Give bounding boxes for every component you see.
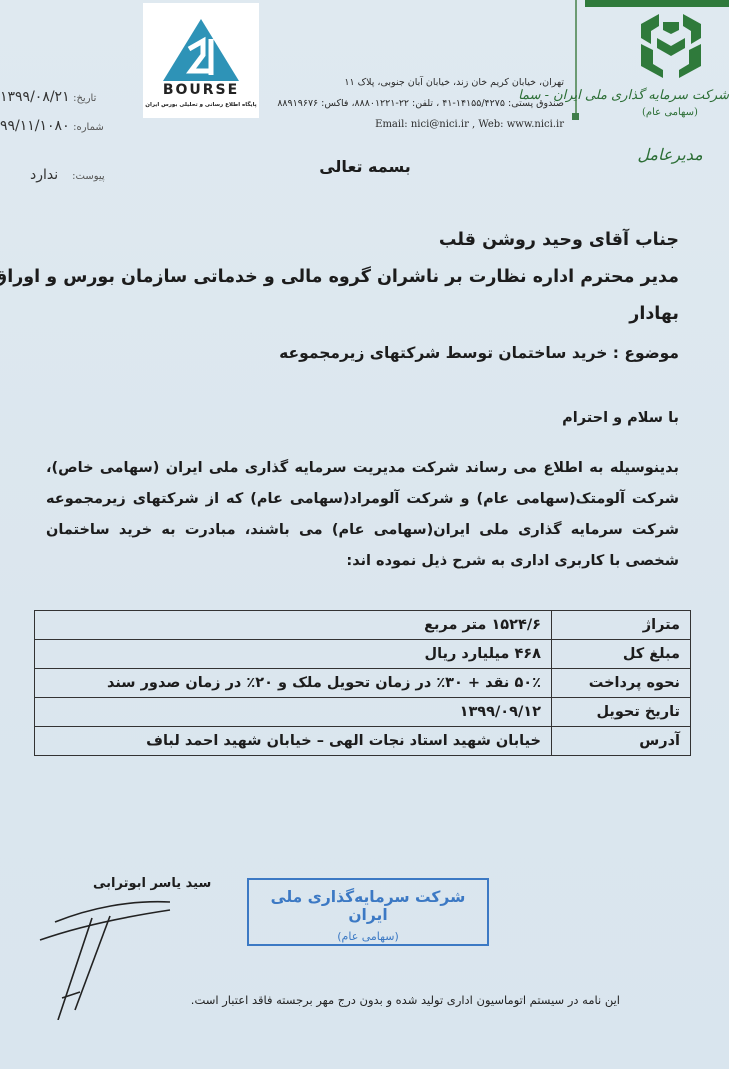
- attachment-value: ندارد: [30, 167, 58, 183]
- letter-subject: موضوع : خرید ساختمان توسط شرکتهای زیرمجم…: [279, 344, 679, 362]
- bourse-wordmark: BOURSE: [143, 82, 259, 98]
- row-key: آدرس: [552, 727, 691, 756]
- address-line: تهران، خیابان کریم خان زند، خیابان آبان …: [344, 77, 564, 88]
- table-row: تاریخ تحویل ۱۳۹۹/۰۹/۱۲: [35, 698, 691, 727]
- row-key: نحوه پرداخت: [552, 669, 691, 698]
- table-row: مبلغ کل ۴۶۸ میلیارد ریال: [35, 640, 691, 669]
- company-stamp: شرکت سرمایه‌گذاری ملی ایران (سهامی عام): [247, 878, 489, 946]
- header-divider-dot: [572, 113, 579, 120]
- row-key: مبلغ کل: [552, 640, 691, 669]
- sima-logo-icon: [637, 14, 705, 78]
- stamp-line-1: شرکت سرمایه‌گذاری ملی ایران: [249, 888, 487, 924]
- header-green-bar: [585, 0, 729, 7]
- row-key: متراژ: [552, 611, 691, 640]
- row-value: خیابان شهید استاد نجات الهی – خیابان شهی…: [35, 727, 552, 756]
- company-type: (سهامی عام): [640, 107, 700, 118]
- letter-attachment: پیوست: ندارد: [30, 167, 105, 183]
- table-row: متراژ ۱۵۲۴/۶ متر مربع: [35, 611, 691, 640]
- email-web-line: Email: nici@nici.ir , Web: www.nici.ir: [375, 119, 564, 130]
- letter-page: شرکت سرمایه گذاری ملی ایران - سما (سهامی…: [0, 0, 729, 1069]
- letter-number: شماره: ۹۹/۱۱/۱۰۸۰: [0, 118, 104, 134]
- number-label: شماره:: [73, 122, 104, 133]
- bourse-triangle-icon: [163, 19, 239, 81]
- letter-body: بدینوسیله به اطلاع می رساند شرکت مدیریت …: [46, 453, 679, 577]
- letter-date: تاریخ: ۱۳۹۹/۰۸/۲۱: [0, 89, 96, 105]
- row-key: تاریخ تحویل: [552, 698, 691, 727]
- row-value: ۱۳۹۹/۰۹/۱۲: [35, 698, 552, 727]
- footer-note: این نامه در سیستم اتوماسیون اداری تولید …: [100, 993, 620, 1007]
- number-value: ۹۹/۱۱/۱۰۸۰: [0, 118, 70, 134]
- row-value: ۵۰٪ نقد + ۳۰٪ در زمان تحویل ملک و ۲۰٪ در…: [35, 669, 552, 698]
- contact-line: صندوق پستی: ۱۴۱۵۵/۴۲۷۵-۴۱ ، تلفن: ۲۲-۸۸۸…: [277, 98, 564, 109]
- recipient-title: مدیر محترم اداره نظارت بر ناشران گروه ما…: [0, 267, 679, 287]
- date-value: ۱۳۹۹/۰۸/۲۱: [0, 89, 70, 105]
- greeting: با سلام و احترام: [562, 410, 679, 426]
- stamp-line-2: (سهامی عام): [249, 930, 487, 943]
- table-row: آدرس خیابان شهید استاد نجات الهی – خیابا…: [35, 727, 691, 756]
- property-details-table: متراژ ۱۵۲۴/۶ متر مربع مبلغ کل ۴۶۸ میلیار…: [34, 610, 691, 756]
- bourse-subtitle: پایگاه اطلاع رسانی و تحلیلی بورس ایران: [145, 102, 257, 108]
- attachment-label: پیوست:: [72, 171, 105, 182]
- table-row: نحوه پرداخت ۵۰٪ نقد + ۳۰٪ در زمان تحویل …: [35, 669, 691, 698]
- row-value: ۱۵۲۴/۶ متر مربع: [35, 611, 552, 640]
- row-value: ۴۶۸ میلیارد ریال: [35, 640, 552, 669]
- recipient-name: جناب آقای وحید روشن قلب: [439, 230, 679, 250]
- company-name: شرکت سرمایه گذاری ملی ایران - سما: [559, 88, 729, 103]
- bourse-watermark-logo: BOURSE پایگاه اطلاع رسانی و تحلیلی بورس …: [143, 3, 259, 118]
- basmala: بسمه تعالی: [300, 157, 430, 176]
- recipient-title-cont: بهادار: [629, 304, 679, 324]
- office-title: مدیرعامل: [630, 145, 710, 164]
- date-label: تاریخ:: [73, 93, 96, 104]
